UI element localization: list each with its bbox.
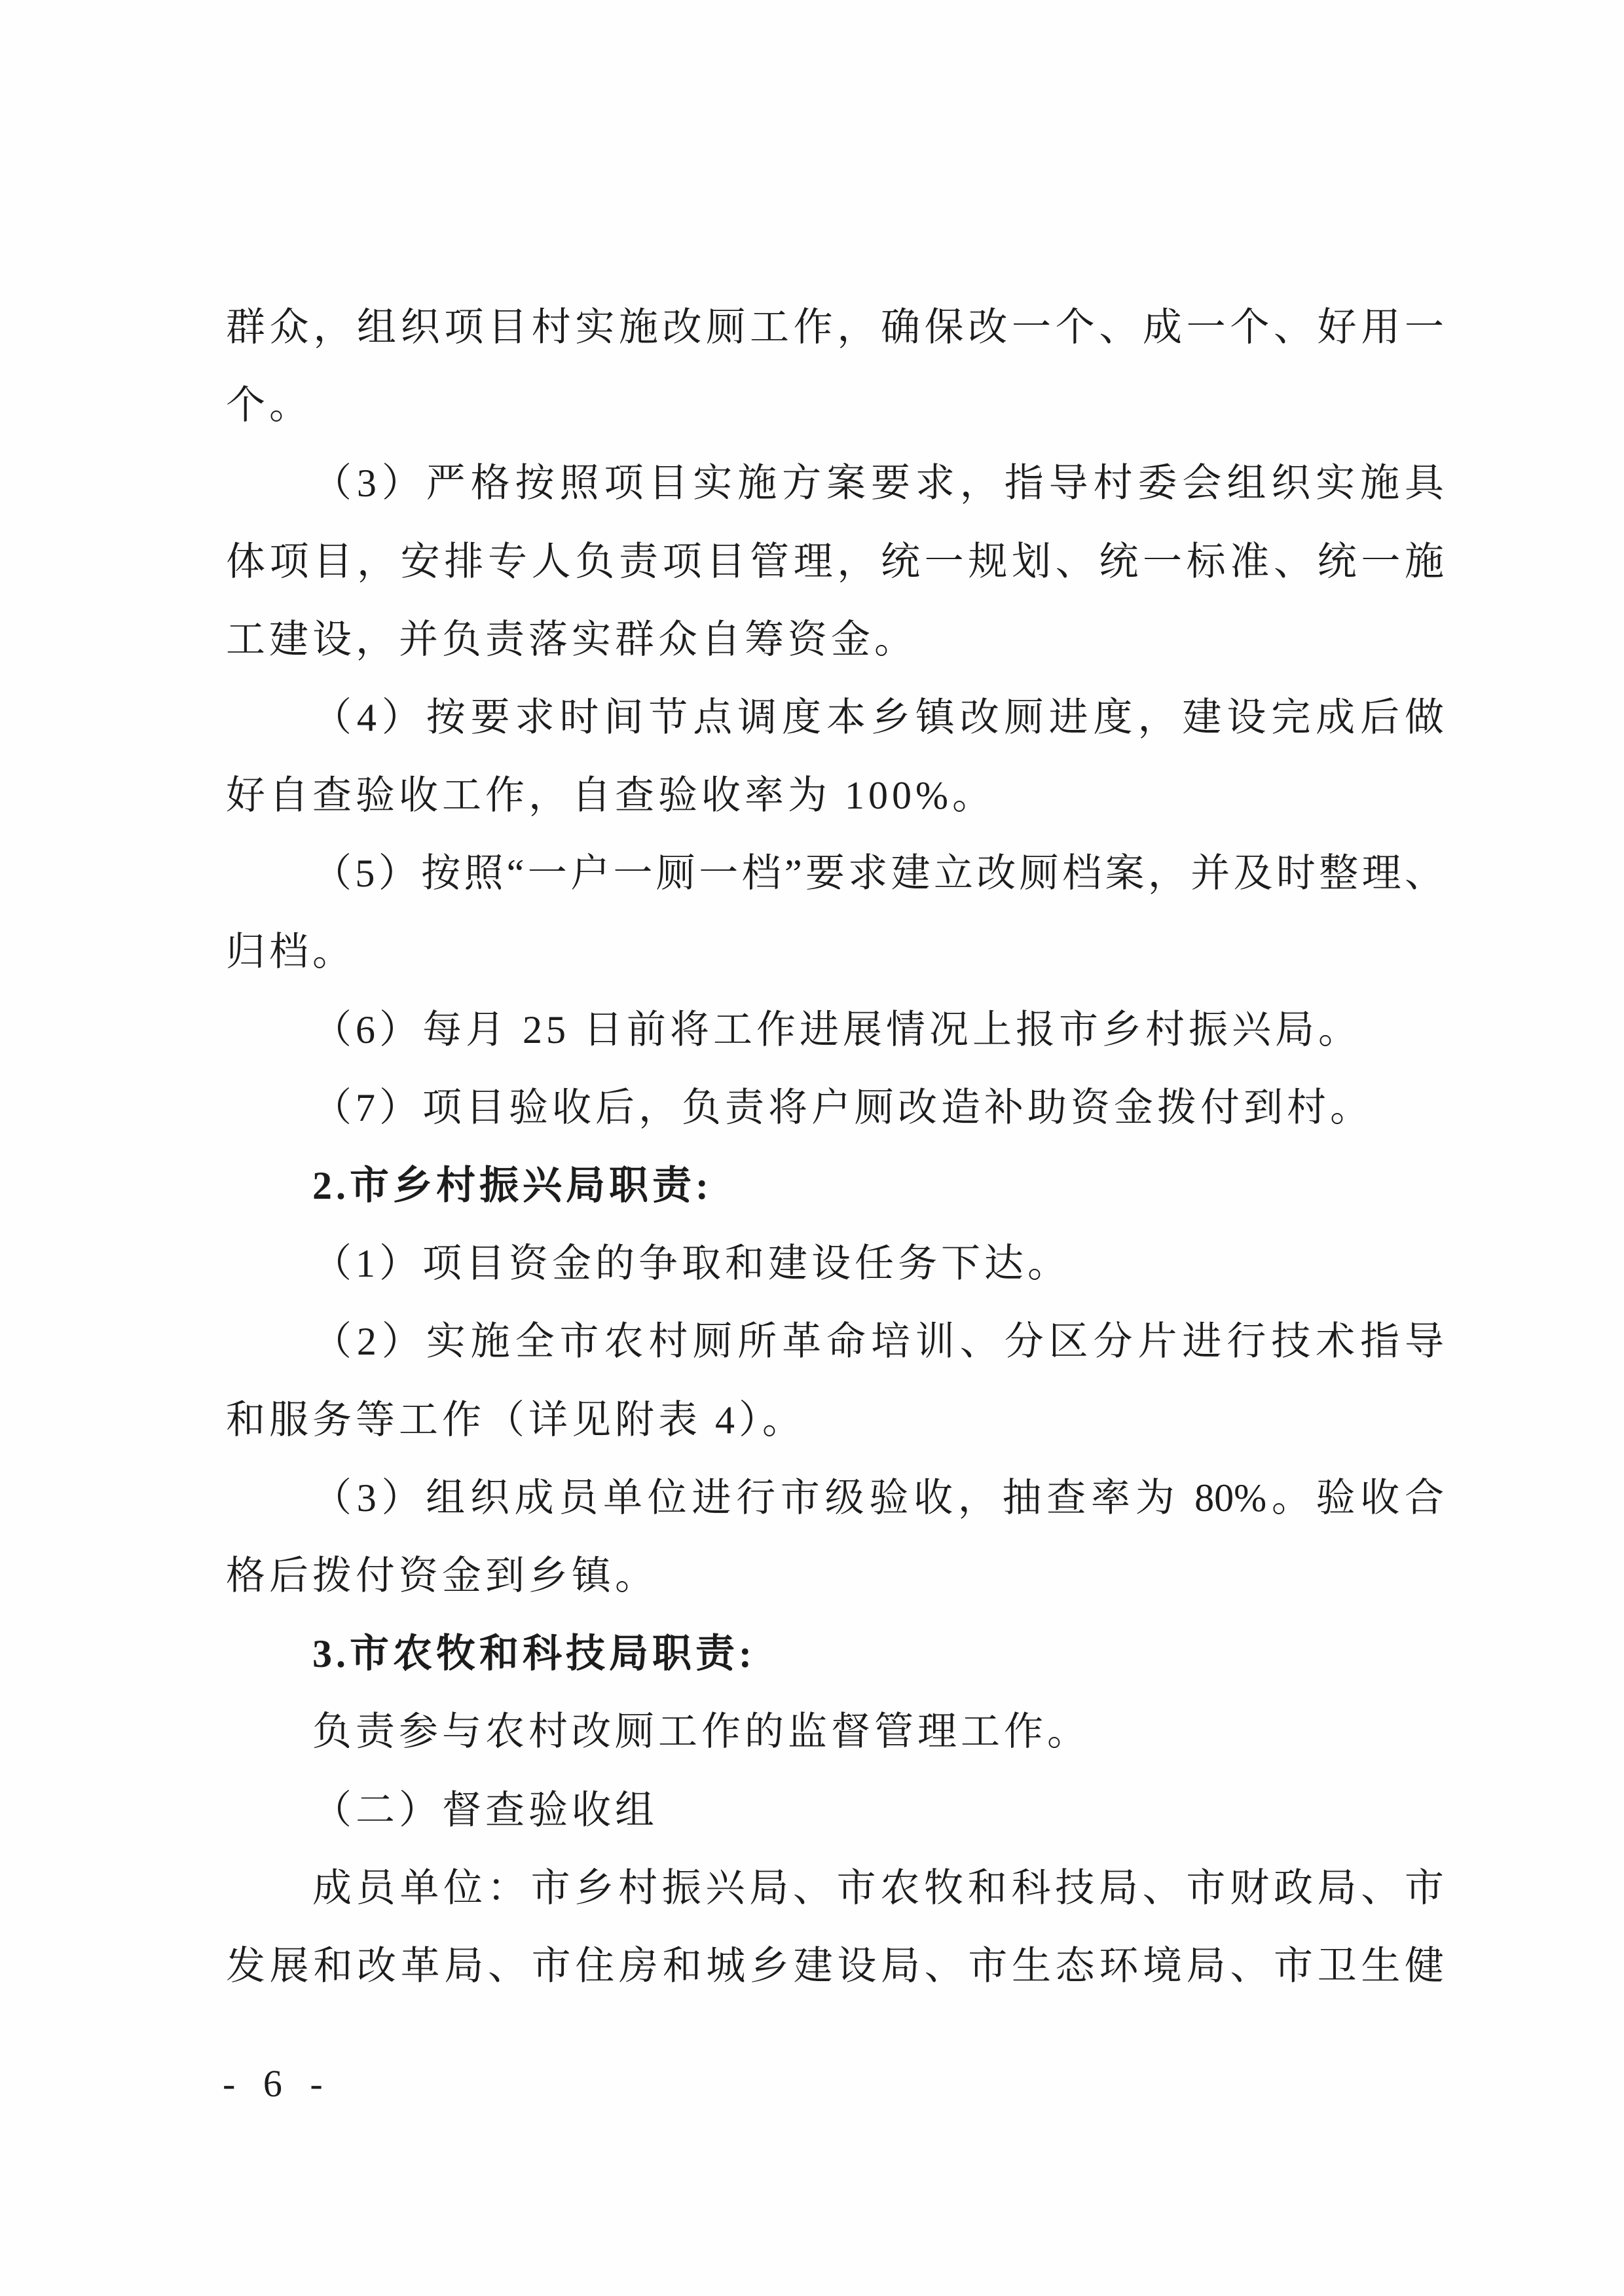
body-line: （6）每月 25 日前将工作进展情况上报市乡村振兴局。 — [226, 991, 1444, 1069]
body-line: 负责参与农村改厕工作的监督管理工作。 — [226, 1693, 1444, 1771]
section-heading: 3.市农牧和科技局职责: — [226, 1615, 1444, 1693]
body-line: 发展和改革局、市住房和城乡建设局、市生态环境局、市卫生健 — [226, 1927, 1444, 2005]
section-heading: 2.市乡村振兴局职责: — [226, 1147, 1444, 1225]
body-line: 群众，组织项目村实施改厕工作，确保改一个、成一个、好用一 — [226, 289, 1444, 367]
page-number: - 6 - — [223, 2061, 332, 2107]
body-line: 和服务等工作（详见附表 4）。 — [226, 1381, 1444, 1459]
body-line: 体项目，安排专人负责项目管理，统一规划、统一标准、统一施 — [226, 523, 1444, 601]
body-line: （3）严格按照项目实施方案要求，指导村委会组织实施具 — [226, 445, 1444, 522]
body-line: （3）组织成员单位进行市级验收，抽查率为 80%。验收合 — [226, 1459, 1444, 1537]
text-block: 群众，组织项目村实施改厕工作，确保改一个、成一个、好用一 个。 （3）严格按照项… — [226, 289, 1444, 2005]
body-line: 归档。 — [226, 913, 1444, 991]
body-line: 成员单位：市乡村振兴局、市农牧和科技局、市财政局、市 — [226, 1850, 1444, 1927]
body-line: 个。 — [226, 367, 1444, 445]
body-line: （4）按要求时间节点调度本乡镇改厕进度，建设完成后做 — [226, 679, 1444, 757]
body-line: 格后拨付资金到乡镇。 — [226, 1537, 1444, 1615]
body-line: （1）项目资金的争取和建设任务下达。 — [226, 1225, 1444, 1303]
body-line: （5）按照“一户一厕一档”要求建立改厕档案，并及时整理、 — [226, 835, 1444, 913]
document-page: 群众，组织项目村实施改厕工作，确保改一个、成一个、好用一 个。 （3）严格按照项… — [0, 0, 1624, 2296]
body-line: （二）督查验收组 — [226, 1772, 1444, 1850]
body-line: 工建设，并负责落实群众自筹资金。 — [226, 601, 1444, 679]
body-line: （7）项目验收后，负责将户厕改造补助资金拨付到村。 — [226, 1069, 1444, 1147]
body-line: （2）实施全市农村厕所革命培训、分区分片进行技术指导 — [226, 1303, 1444, 1381]
body-line: 好自查验收工作，自查验收率为 100%。 — [226, 757, 1444, 835]
